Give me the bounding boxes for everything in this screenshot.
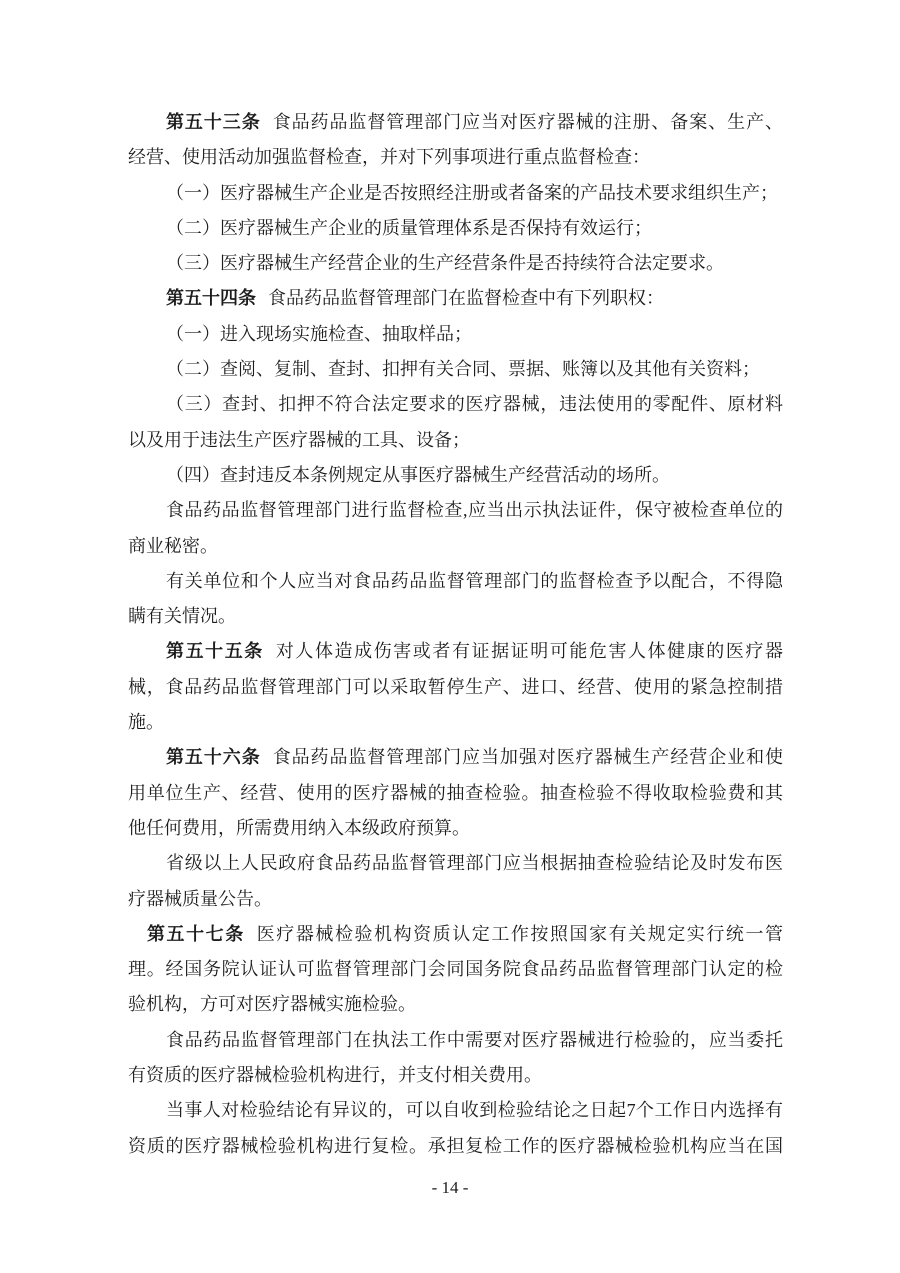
- line-text: （二）医疗器械生产企业的质量管理体系是否保持有效运行；: [166, 218, 652, 238]
- line-text: 资质的医疗器械检验机构进行复检。承担复检工作的医疗器械检验机构应当在国: [128, 1136, 783, 1156]
- text-line: 有资质的医疗器械检验机构进行，并支付相关费用。: [128, 1058, 783, 1093]
- text-line: 验机构，方可对医疗器械实施检验。: [128, 987, 783, 1022]
- line-text: 商业秘密。: [128, 536, 218, 556]
- line-text: 验机构，方可对医疗器械实施检验。: [128, 994, 416, 1014]
- text-line: 用单位生产、经营、使用的医疗器械的抽查检验。抽查检验不得收取检验费和其: [128, 776, 783, 811]
- article-number: 第五十三条: [166, 112, 261, 132]
- line-text: 食品药品监督管理部门应当对医疗器械的注册、备案、生产、: [273, 112, 783, 132]
- line-text: 食品药品监督管理部门在监督检查中有下列职权：: [268, 288, 664, 308]
- text-line: （一）进入现场实施检查、抽取样品；: [128, 317, 783, 352]
- line-text: （一）医疗器械生产企业是否按照经注册或者备案的产品技术要求组织生产；: [166, 183, 778, 203]
- article-line: 第五十七条医疗器械检验机构资质认定工作按照国家有关规定实行统一管: [128, 917, 783, 952]
- line-text: 食品药品监督管理部门进行监督检查,应当出示执法证件，保守被检查单位的: [166, 500, 783, 520]
- text-line: （四）查封违反本条例规定从事医疗器械生产经营活动的场所。: [128, 458, 783, 493]
- text-line: （二）医疗器械生产企业的质量管理体系是否保持有效运行；: [128, 211, 783, 246]
- line-text: （四）查封违反本条例规定从事医疗器械生产经营活动的场所。: [166, 465, 670, 485]
- line-text: 对人体造成伤害或者有证据证明可能危害人体健康的医疗器: [276, 641, 783, 661]
- text-line: 商业秘密。: [128, 529, 783, 564]
- text-line: 省级以上人民政府食品药品监督管理部门应当根据抽查检验结论及时发布医: [128, 846, 783, 881]
- article-number: 第五十七条: [147, 924, 245, 944]
- line-text: 有资质的医疗器械检验机构进行，并支付相关费用。: [128, 1065, 542, 1085]
- article-line: 第五十六条食品药品监督管理部门应当加强对医疗器械生产经营企业和使: [128, 740, 783, 775]
- text-line: 理。经国务院认证认可监督管理部门会同国务院食品药品监督管理部门认定的检: [128, 952, 783, 987]
- line-text: 瞒有关情况。: [128, 606, 236, 626]
- text-line: 当事人对检验结论有异议的，可以自收到检验结论之日起7个工作日内选择有: [128, 1093, 783, 1128]
- line-text: （三）查封、扣押不符合法定要求的医疗器械，违法使用的零配件、原材料: [166, 394, 783, 414]
- text-line: 以及用于违法生产医疗器械的工具、设备；: [128, 423, 783, 458]
- line-text: 以及用于违法生产医疗器械的工具、设备；: [128, 430, 470, 450]
- text-line: （一）医疗器械生产企业是否按照经注册或者备案的产品技术要求组织生产；: [128, 176, 783, 211]
- line-text: 食品药品监督管理部门在执法工作中需要对医疗器械进行检验的，应当委托: [166, 1030, 783, 1050]
- article-number: 第五十五条: [166, 641, 264, 661]
- line-text: 施。: [128, 712, 164, 732]
- text-line: （三）查封、扣押不符合法定要求的医疗器械，违法使用的零配件、原材料: [128, 387, 783, 422]
- text-line: 资质的医疗器械检验机构进行复检。承担复检工作的医疗器械检验机构应当在国: [128, 1129, 783, 1164]
- article-line: 第五十三条食品药品监督管理部门应当对医疗器械的注册、备案、生产、: [128, 105, 783, 140]
- text-line: 他任何费用，所需费用纳入本级政府预算。: [128, 811, 783, 846]
- line-text: （二）查阅、复制、查封、扣押有关合同、票据、账簿以及其他有关资料；: [166, 359, 760, 379]
- line-text: 当事人对检验结论有异议的，可以自收到检验结论之日起7个工作日内选择有: [166, 1100, 783, 1120]
- text-line: （三）医疗器械生产经营企业的生产经营条件是否持续符合法定要求。: [128, 246, 783, 281]
- article-line: 第五十四条食品药品监督管理部门在监督检查中有下列职权：: [128, 281, 783, 316]
- article-number: 第五十四条: [166, 288, 256, 308]
- line-text: 食品药品监督管理部门应当加强对医疗器械生产经营企业和使: [273, 747, 783, 767]
- line-text: 有关单位和个人应当对食品药品监督管理部门的监督检查予以配合，不得隐: [166, 571, 783, 591]
- line-text: （三）医疗器械生产经营企业的生产经营条件是否持续符合法定要求。: [166, 253, 724, 273]
- document-body: 第五十三条食品药品监督管理部门应当对医疗器械的注册、备案、生产、经营、使用活动加…: [128, 105, 783, 1164]
- text-line: 瞒有关情况。: [128, 599, 783, 634]
- line-text: 械，食品药品监督管理部门可以采取暂停生产、进口、经营、使用的紧急控制措: [128, 677, 783, 697]
- page-number: - 14 -: [0, 1178, 900, 1198]
- text-line: 有关单位和个人应当对食品药品监督管理部门的监督检查予以配合，不得隐: [128, 564, 783, 599]
- article-line: 第五十五条对人体造成伤害或者有证据证明可能危害人体健康的医疗器: [128, 634, 783, 669]
- line-text: 疗器械质量公告。: [128, 889, 272, 909]
- line-text: 他任何费用，所需费用纳入本级政府预算。: [128, 818, 470, 838]
- text-line: （二）查阅、复制、查封、扣押有关合同、票据、账簿以及其他有关资料；: [128, 352, 783, 387]
- text-line: 械，食品药品监督管理部门可以采取暂停生产、进口、经营、使用的紧急控制措: [128, 670, 783, 705]
- line-text: 经营、使用活动加强监督检查，并对下列事项进行重点监督检查：: [128, 147, 650, 167]
- text-line: 经营、使用活动加强监督检查，并对下列事项进行重点监督检查：: [128, 140, 783, 175]
- document-page: 第五十三条食品药品监督管理部门应当对医疗器械的注册、备案、生产、经营、使用活动加…: [0, 0, 900, 1273]
- line-text: 用单位生产、经营、使用的医疗器械的抽查检验。抽查检验不得收取检验费和其: [128, 783, 783, 803]
- text-line: 食品药品监督管理部门在执法工作中需要对医疗器械进行检验的，应当委托: [128, 1023, 783, 1058]
- line-text: 理。经国务院认证认可监督管理部门会同国务院食品药品监督管理部门认定的检: [128, 959, 783, 979]
- text-line: 食品药品监督管理部门进行监督检查,应当出示执法证件，保守被检查单位的: [128, 493, 783, 528]
- article-number: 第五十六条: [166, 747, 261, 767]
- line-text: 医疗器械检验机构资质认定工作按照国家有关规定实行统一管: [257, 924, 783, 944]
- line-text: 省级以上人民政府食品药品监督管理部门应当根据抽查检验结论及时发布医: [166, 853, 783, 873]
- text-line: 施。: [128, 705, 783, 740]
- line-text: （一）进入现场实施检查、抽取样品；: [166, 324, 472, 344]
- text-line: 疗器械质量公告。: [128, 882, 783, 917]
